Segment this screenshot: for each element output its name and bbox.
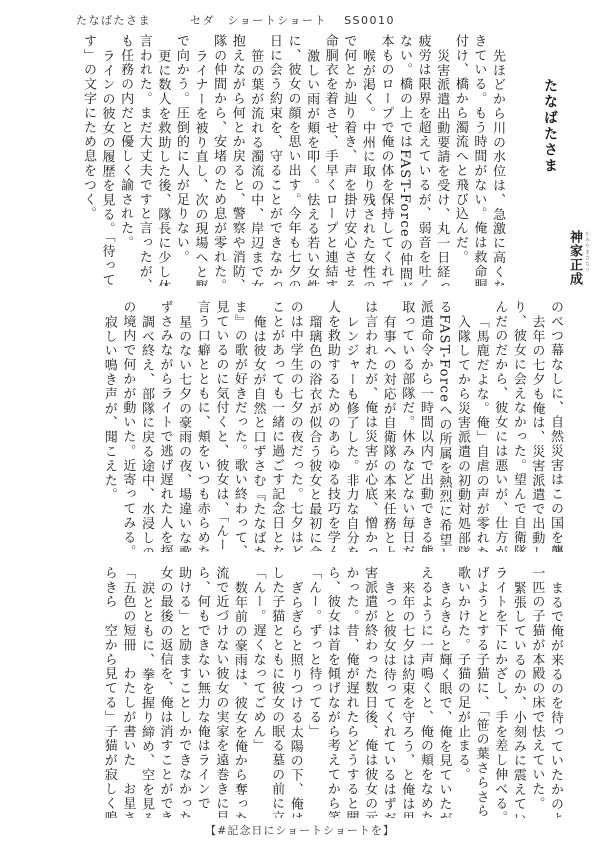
text-column: 更に数人を救助した後、隊長に少し休めと	[153, 34, 172, 286]
text-column: 去年の七夕も俺は、災害派遣で出動してお	[527, 300, 546, 552]
text-column: 害派遣が終わった数日後、俺は彼女の元へ向	[359, 566, 378, 818]
text-column: レンジャーも修了した。非力な自分を呪い、	[341, 300, 360, 552]
text-column: ない。橋の上ではFAST-Forceの仲間が、何	[394, 34, 413, 286]
text-column: 激しい雨が頬を叩く。怯える若い女性の顔	[301, 34, 320, 286]
header-title: たなばたさま	[76, 12, 151, 28]
text-column: 俺は彼女が自然と口ずさむ『たなばたさ	[248, 300, 267, 552]
header-category: セダ ショートショート	[190, 12, 327, 28]
header-code: SS0010	[344, 14, 395, 27]
text-column: で何とか辿り着き、声を掛け安心させる。救	[339, 34, 358, 286]
text-column: ライトを下にかざし、手を差し伸べる。逃	[490, 566, 509, 818]
text-column: 人を救助するためのあらゆる技巧を学んだ。	[322, 300, 341, 552]
text-band-middle: のべつ幕なしに、自然災害はこの国を襲う。去年の七夕も俺は、災害派遣で出動しており…	[44, 300, 564, 552]
text-column: 言う口癖とともに、頬をいつも赤らめた。	[192, 300, 211, 552]
text-column: のべつ幕なしに、自然災害はこの国を襲う。	[545, 300, 564, 552]
text-column: 「五色の短冊 わたしが書いた お星さまき	[118, 566, 137, 818]
text-column: 女の最後の返信を、俺は消すことができない。	[155, 566, 174, 818]
text-column: ラインの彼女の履歴を見る。「待っていま	[97, 34, 116, 286]
footer-hashtag: 【#記念日にショートショートを】	[0, 822, 600, 838]
text-column: ま』の歌が好きだった。歌い終わって、俺が	[229, 300, 248, 552]
text-column: えるように一声鳴くと、俺の頬をなめた。	[415, 566, 434, 818]
text-column: 笹の葉が流れる濁流の中、岸辺まで女性を	[246, 34, 265, 286]
text-band-bottom: まるで俺が来るのを待っていたかのように、一匹の子猫が本殿の床で怯えていた。緊張し…	[44, 566, 564, 818]
text-column: 数年前の豪雨は、彼女を俺から奪った。濁	[229, 566, 248, 818]
text-column: に、彼女の顔を思い出す。今年も七夕の記念	[283, 34, 302, 286]
text-column: 星のない七夕の豪雨の夜、場違いな歌を口	[174, 300, 193, 552]
author-name: 神家正成	[565, 230, 584, 286]
story-title: たなばたさま	[540, 78, 560, 174]
text-column: 寂しい鳴き声が、聞こえた。	[99, 300, 118, 552]
text-column: まるで俺が来るのを待っていたかのように、	[545, 566, 564, 818]
text-column: 隊の仲間から、安堵のため息が零れた。	[209, 34, 228, 286]
text-column: 災害派遣出動要請を受け、丸一日経った。	[432, 34, 451, 286]
text-column: かった。昔、俺が遅れたらどうすると聞いた	[341, 566, 360, 818]
text-column: ら、彼女は首を傾げながら考えてから笑った。	[322, 566, 341, 818]
text-column: んだのだから、彼女には悪いが、仕方がない。	[490, 300, 509, 552]
text-column: 「馬鹿だよな。俺」自虐の声が零れた。	[471, 300, 490, 552]
text-column: で向かう。圧倒的に人が足りない。	[171, 34, 190, 286]
text-column: 調べ終え、部隊に戻る途中、水浸しの神社	[136, 300, 155, 552]
text-column: 本ものロープで俺の体を保持してくれている。	[376, 34, 395, 286]
text-column: るFAST-Forceへの所属を熱烈に希望した。	[434, 300, 453, 552]
text-column: きらきらと輝く眼で、俺を見ていたが、甘	[434, 566, 453, 818]
text-column: 言われた。まだ大丈夫ですと言ったが、休息	[134, 34, 153, 286]
text-column: のは中学生の七夕の夜だった。七夕はどんな	[285, 300, 304, 552]
text-column: きっと彼女は待ってくれているはずだ。災	[378, 566, 397, 818]
text-column: 喉が渇く。中州に取り残された女性の所ま	[357, 34, 376, 286]
author-furigana: かみやまさなり	[584, 231, 591, 273]
text-column: 派遣命令から一時間以内で出動できる態勢を	[415, 300, 434, 552]
text-column: 疲労は限界を超えているが、弱音を吐く暇は	[413, 34, 432, 286]
text-column: 先ほどから川の水位は、急激に高くなって	[487, 34, 506, 286]
text-column: 涙とともに、拳を握り締め、空を見る。	[136, 566, 155, 818]
text-column: の境内で何かが動いた。近寄ってみる。	[118, 300, 137, 552]
text-column: は言われたが、俺は災害が心底、憎かった。	[359, 300, 378, 552]
text-column: 日に会う約束を、守ることができなかった。	[264, 34, 283, 286]
text-column: らきら 空から見てる」子猫が寂しく鳴いた。	[99, 566, 118, 818]
text-column: 緊張しているのか、小刻みに震えている。	[508, 566, 527, 818]
text-column: きている。もう時間がない。俺は救命胴衣を	[469, 34, 488, 286]
text-column: 命胴衣を着させ、手早くロープと連結する。	[320, 34, 339, 286]
text-column: 一匹の子猫が本殿の床で怯えていた。	[527, 566, 546, 818]
page-header: たなばたさま セダ ショートショート SS0010	[76, 12, 395, 28]
text-column: 「んー。ずっと待ってる」	[304, 566, 323, 818]
text-column: 取っている部隊だ。休みなどない毎日だ。	[397, 300, 416, 552]
text-column: 有事への対応が自衛隊の本来任務と上官に	[378, 300, 397, 552]
text-column: り、彼女に会えなかった。望んで自衛隊に進	[508, 300, 527, 552]
text-column: ずさみながらライトで逃げ遅れた人を探す。	[155, 300, 174, 552]
text-band-top: たなばたさま 神家正成 かみやまさなり 先ほどから川の水位は、急激に高くなってき…	[44, 34, 564, 286]
text-column: も任務の内だと優しく諭された。	[116, 34, 135, 286]
text-column: 来年の七夕は約束を守ろう、と俺は思った。	[397, 566, 416, 818]
text-column: ことがあっても一緒に過ごす記念日となった。	[267, 300, 286, 552]
title-block: たなばたさま 神家正成 かみやまさなり	[520, 34, 564, 286]
text-column: 流で近づけない彼女の実家を遠巻きに見なが	[211, 566, 230, 818]
text-column: ぎらぎらと照りつける太陽の下、俺は保護	[285, 566, 304, 818]
text-column: す」の文字にため息をつく。	[78, 34, 97, 286]
text-column: げようとする子猫に、「笹の葉さらさら」と	[471, 566, 490, 818]
text-column: 瑠璃色の浴衣が似合う彼女と最初に会った	[304, 300, 323, 552]
text-column: 歌いかけた。子猫の足が止まる。	[452, 566, 471, 818]
text-column: 助ける」と励ますことしかできなかった。彼	[174, 566, 193, 818]
text-column: ライナーを被り直し、次の現場へと駆け足	[190, 34, 209, 286]
text-column: 付け、橋から濁流へと飛び込んだ。	[450, 34, 469, 286]
text-column: ら、何もできない無力な俺はラインで「必ず	[192, 566, 211, 818]
text-column: 見ているのに気付くと、彼女は、「んー」と	[211, 300, 230, 552]
text-column: 抱えながら何とか戻ると、警察や消防、自衛	[227, 34, 246, 286]
text-column: 「んー。遅くなってごめん」	[248, 566, 267, 818]
text-column: 入隊してから災害派遣の初動対処部隊であ	[452, 300, 471, 552]
text-column: した子猫とともに彼女の眠る墓の前に立った。	[267, 566, 286, 818]
